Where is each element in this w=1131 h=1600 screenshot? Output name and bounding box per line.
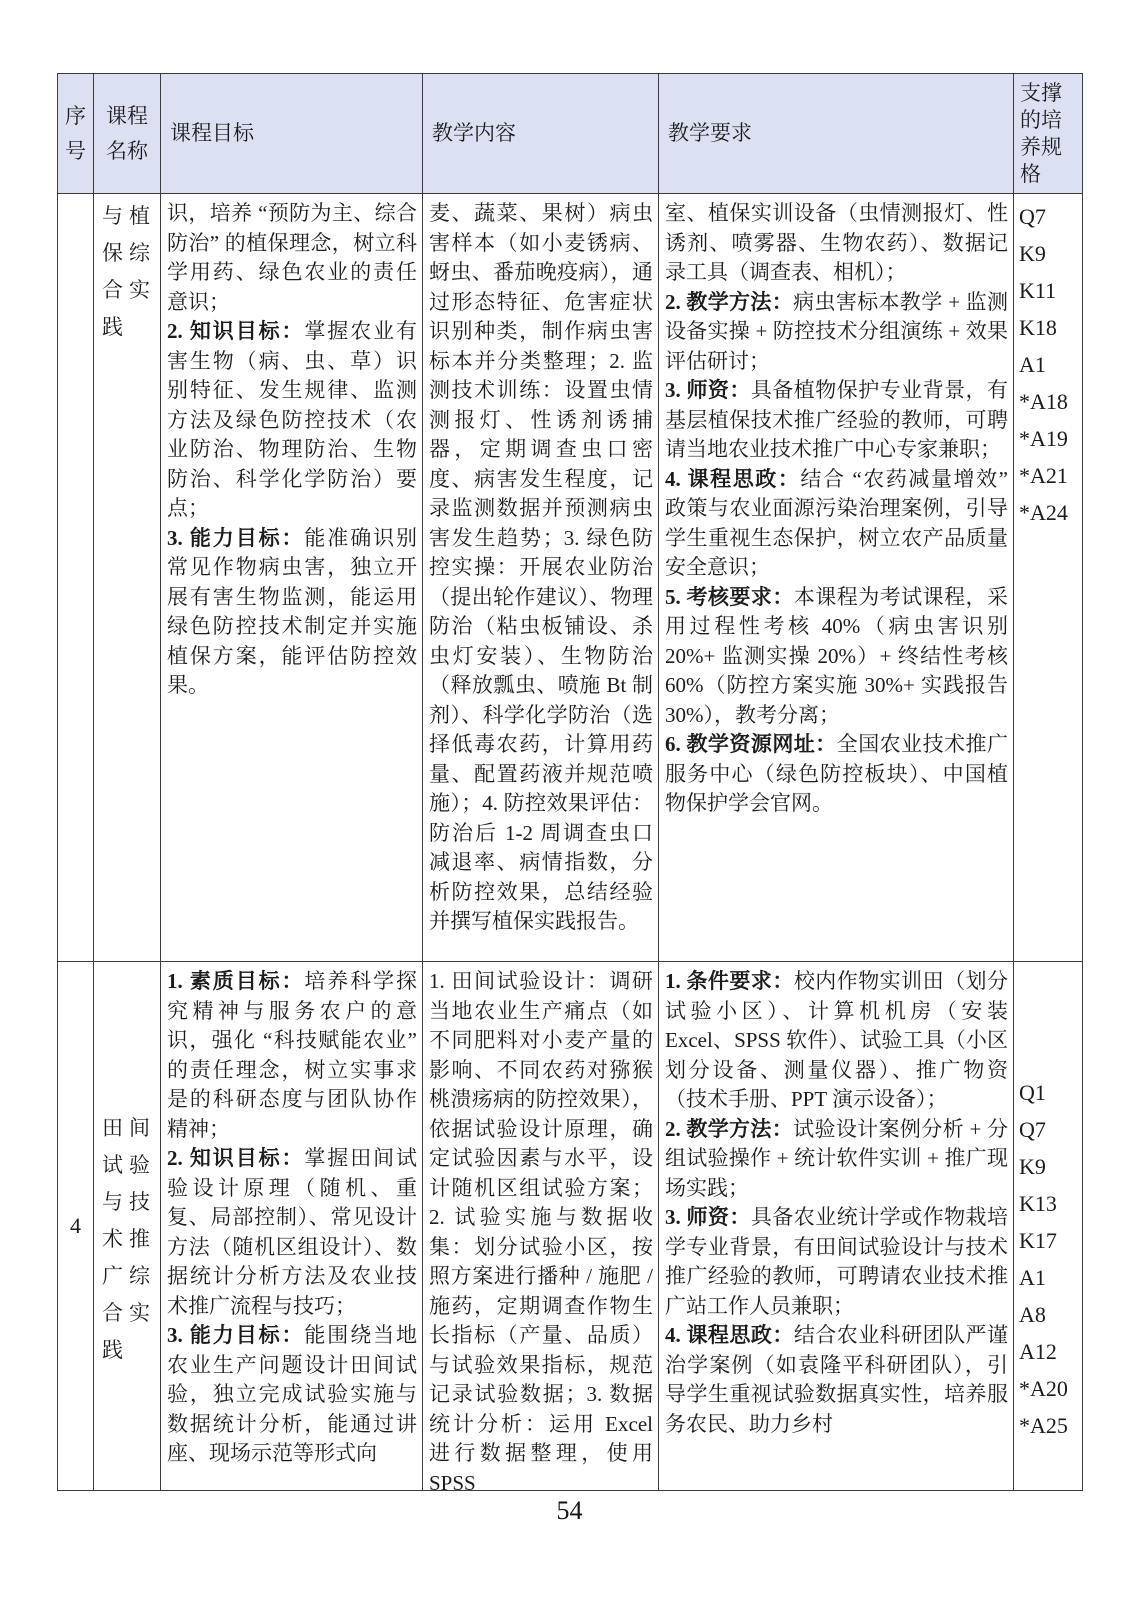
course-name-row1: 与植保综合实践 bbox=[102, 198, 160, 346]
header-cell-seq: 序号 bbox=[58, 74, 94, 194]
header-cell-course-name: 课程名称 bbox=[94, 74, 161, 194]
header-label-specs: 支撑的培养规格 bbox=[1020, 80, 1070, 188]
cell-specs-row2: Q1Q7K9K13K17A1A8A12*A20*A25 bbox=[1014, 962, 1083, 1491]
cell-seq-row2: 4 bbox=[58, 962, 94, 1491]
cell-content-row2: 1. 田间试验设计：调研当地农业生产痛点（如不同肥料对小麦产量的影响、不同农药对… bbox=[423, 962, 659, 1491]
header-label-course-name: 课程名称 bbox=[104, 99, 150, 169]
cell-content-row1: 麦、蔬菜、果树）病虫害样本（如小麦锈病、蚜虫、番茄晚疫病），通过形态特征、危害症… bbox=[423, 194, 659, 962]
header-cell-content: 教学内容 bbox=[423, 74, 659, 194]
cell-requirements-row2: 1. 条件要求：校内作物实训田（划分试验小区）、计算机机房（安装 Excel、S… bbox=[659, 962, 1014, 1491]
cell-requirements-row1: 室、植保实训设备（虫情测报灯、性诱剂、喷雾器、生物农药）、数据记录工具（调查表、… bbox=[659, 194, 1014, 962]
header-cell-objectives: 课程目标 bbox=[161, 74, 423, 194]
header-cell-requirements: 教学要求 bbox=[659, 74, 1014, 194]
header-label-objectives: 课程目标 bbox=[170, 116, 254, 151]
header-label-requirements: 教学要求 bbox=[668, 116, 752, 151]
document-page: 序号 课程名称 课程目标 教学内容 教学要求 支撑的培养规格 与植保综合实践 识… bbox=[0, 0, 1131, 1600]
course-table: 序号 课程名称 课程目标 教学内容 教学要求 支撑的培养规格 与植保综合实践 识… bbox=[57, 73, 1083, 1491]
cell-course-name-row1: 与植保综合实践 bbox=[94, 194, 161, 962]
page-number: 54 bbox=[57, 1496, 1082, 1526]
cell-objectives-row2: 1. 素质目标：培养科学探究精神与服务农户的意识，强化 “科技赋能农业” 的责任… bbox=[161, 962, 423, 1491]
cell-course-name-row2: 田间试验与技术推广综合实践 bbox=[94, 962, 161, 1491]
cell-objectives-row1: 识，培养 “预防为主、综合防治” 的植保理念，树立科学用药、绿色农业的责任意识；… bbox=[161, 194, 423, 962]
header-label-seq: 序号 bbox=[58, 99, 93, 169]
cell-seq-row1 bbox=[58, 194, 94, 962]
course-name-row2: 田间试验与技术推广综合实践 bbox=[102, 1110, 160, 1369]
header-label-content: 教学内容 bbox=[432, 116, 516, 151]
cell-specs-row1: Q7K9K11K18A1*A18*A19*A21*A24 bbox=[1014, 194, 1083, 962]
header-cell-specs: 支撑的培养规格 bbox=[1014, 74, 1083, 194]
